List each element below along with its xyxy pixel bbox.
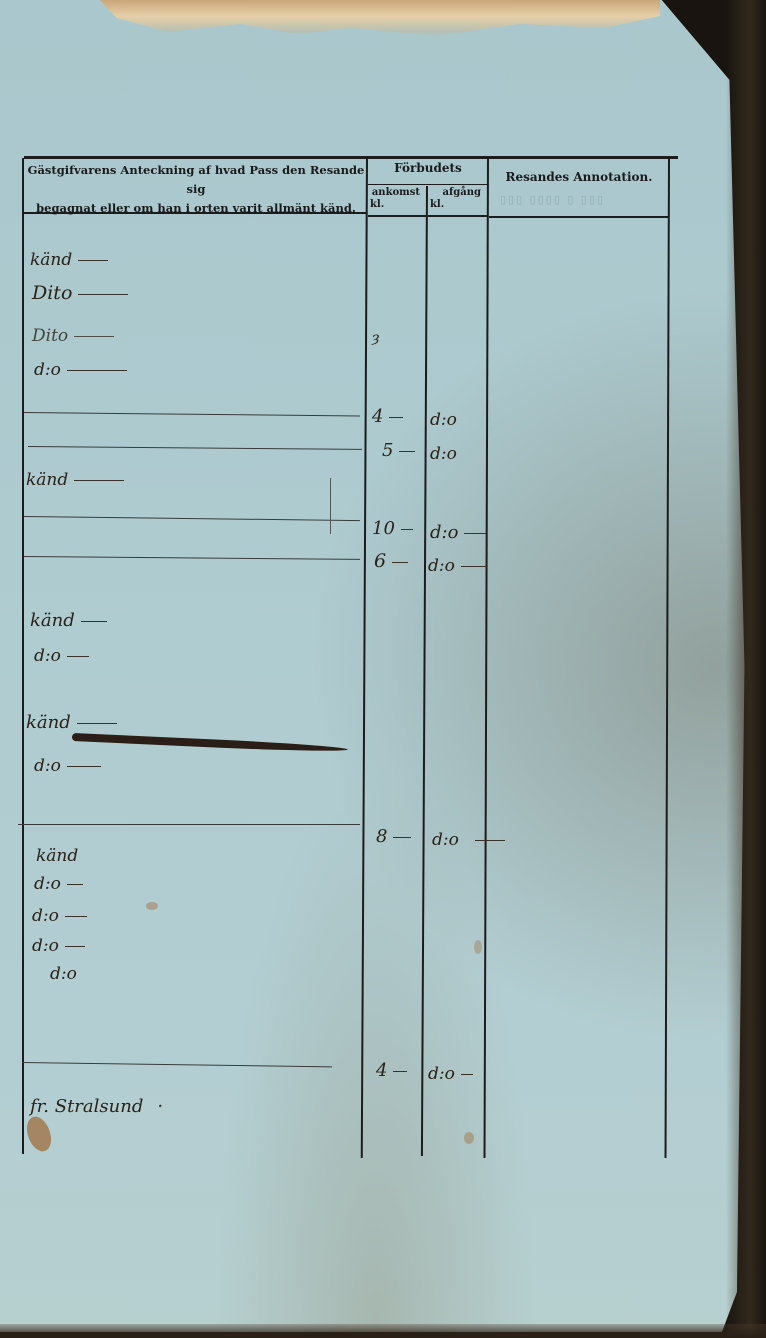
- entry-main: d:o: [34, 360, 127, 380]
- entry-main: d:o: [50, 964, 77, 984]
- entry-text: 4: [372, 406, 383, 427]
- handwritten-separator: [18, 824, 360, 825]
- paper-stain: [474, 940, 482, 954]
- page-bottom-edge: [0, 1324, 766, 1338]
- entry-main: Dito: [32, 326, 114, 346]
- paper-stain: [464, 1132, 474, 1144]
- header-bottom-rule-resandes: [489, 216, 669, 218]
- entry-main: Dito: [32, 282, 128, 304]
- entry-text: d:o: [50, 964, 77, 984]
- entry-ankomst: 10: [372, 518, 413, 539]
- header-afgang: afgång kl.: [430, 187, 485, 211]
- header-bottom-rule-ankomst: [368, 215, 426, 217]
- entry-text: fr. Stralsund: [30, 1096, 143, 1117]
- entry-main: känd: [26, 470, 124, 490]
- entry-text: 8: [376, 826, 387, 847]
- entry-text: d:o: [34, 360, 61, 380]
- header-main-column: Gästgifvarens Anteckning af hvad Pass de…: [26, 161, 366, 218]
- entry-afgang: d:o: [430, 522, 486, 543]
- stray-ink-mark: ȝ: [372, 330, 379, 346]
- entry-main: känd: [26, 712, 117, 733]
- entry-ankomst: 8: [376, 826, 411, 847]
- entry-text: d:o: [32, 936, 59, 956]
- entry-text: d:o: [34, 646, 61, 666]
- entry-text: d:o: [428, 1064, 455, 1084]
- entry-text: 4: [376, 1060, 387, 1081]
- entry-ankomst: 4: [376, 1060, 407, 1081]
- entry-text: d:o: [430, 410, 457, 430]
- entry-main: känd: [30, 610, 107, 631]
- page-edge-shadow: [726, 0, 766, 1338]
- header-main-line2: begagnat eller om han i orten varit allm…: [26, 199, 366, 218]
- entry-afgang: d:o: [428, 1064, 473, 1084]
- entry-text: känd: [30, 250, 72, 270]
- entry-text: känd: [36, 846, 78, 866]
- entry-text: d:o: [430, 444, 457, 464]
- entry-main: d:o: [32, 906, 87, 926]
- pencil-mark: [330, 478, 331, 534]
- entry-main: känd: [36, 846, 78, 866]
- entry-text: d:o: [34, 756, 61, 776]
- entry-text: d:o: [432, 830, 459, 850]
- entry-main: d:o: [34, 646, 89, 666]
- header-resandes-annotation: Resandes Annotation.: [490, 170, 668, 184]
- header-afgang-kl: kl.: [430, 199, 444, 210]
- entry-text: känd: [26, 470, 68, 490]
- header-bottom-rule-afgang: [428, 215, 487, 217]
- entry-text: känd: [26, 712, 71, 733]
- entry-text: Dito: [32, 326, 68, 346]
- entry-text: 10: [372, 518, 395, 539]
- entry-afgang: d:o: [428, 556, 487, 576]
- entry-text: d:o: [430, 522, 458, 543]
- header-ankomst-label: ankomst: [370, 187, 424, 199]
- entry-main: d:o: [34, 874, 83, 894]
- bleed-through-text: ▯▯▯ ▯▯▯▯ ▯ ▯▯▯: [500, 193, 670, 215]
- entry-text: d:o: [32, 906, 59, 926]
- forbud-subheader-rule: [368, 184, 488, 185]
- entry-text: d:o: [428, 556, 455, 576]
- entry-text: Dito: [32, 282, 72, 304]
- header-forbudets: Förbudets: [368, 161, 488, 175]
- entry-afgang: d:o: [430, 444, 457, 464]
- entry-main: fr. Stralsund·: [30, 1096, 163, 1117]
- table-top-rule: [24, 156, 678, 159]
- entry-ankomst: 6: [374, 550, 408, 572]
- entry-main: d:o: [34, 756, 101, 776]
- table-left-rule: [22, 158, 24, 1154]
- entry-afgang: d:o: [432, 830, 505, 850]
- entry-ankomst: 5: [382, 440, 415, 461]
- entry-text: 5: [382, 440, 393, 461]
- entry-text: d:o: [34, 874, 61, 894]
- entry-main: d:o: [32, 936, 85, 956]
- header-main-line1: Gästgifvarens Anteckning af hvad Pass de…: [26, 161, 366, 199]
- entry-afgang: d:o: [430, 410, 457, 430]
- entry-main: känd: [30, 250, 108, 270]
- header-afgang-label: afgång: [430, 187, 485, 199]
- paper-stain: [146, 902, 158, 910]
- entry-text: känd: [30, 610, 75, 631]
- entry-text: 6: [374, 550, 386, 572]
- header-ankomst-kl: kl.: [370, 199, 384, 210]
- header-ankomst: ankomst kl.: [370, 187, 424, 211]
- entry-ankomst: 4: [372, 406, 403, 427]
